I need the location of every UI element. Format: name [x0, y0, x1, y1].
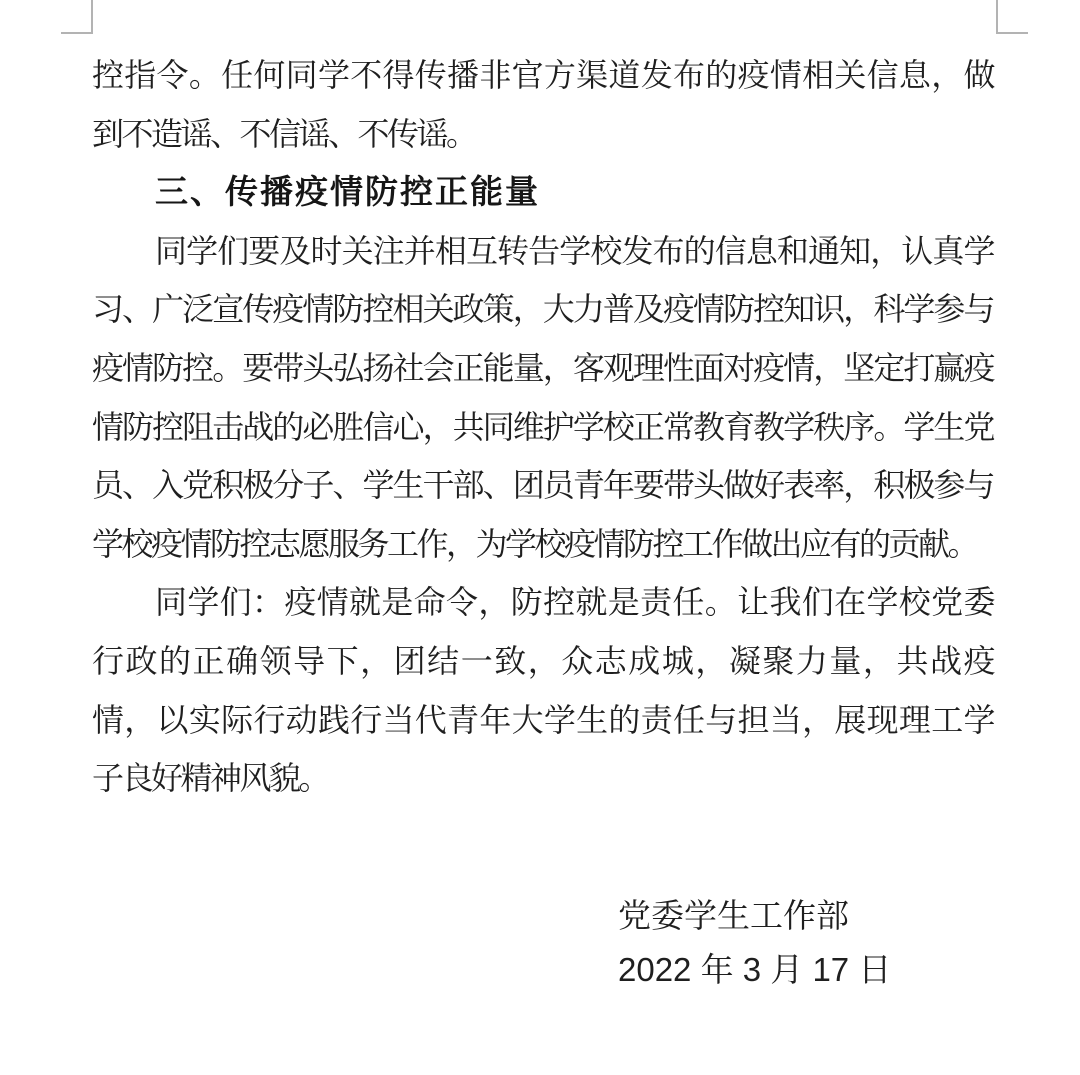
continuation-paragraph: 控指令。任何同学不得传播非官方渠道发布的疫情相关信息，做到不造谣、不信谣、不传谣… [92, 46, 993, 163]
paragraph-1-line: 习、广泛宣传疫情防控相关政策，大力普及疫情防控知识，科学参与 [92, 280, 993, 339]
paragraph-1-line: 员、入党积极分子、学生干部、团员青年要带头做好表率，积极参与 [92, 456, 993, 515]
paragraph-2-line: 情，以实际行动践行当代青年大学生的责任与担当，展现理工学 [92, 691, 993, 750]
document-body: 控指令。任何同学不得传播非官方渠道发布的疫情相关信息，做到不造谣、不信谣、不传谣… [92, 46, 993, 997]
paragraph-2: 同学们：疫情就是命令，防控就是责任。让我们在学校党委行政的正确领导下，团结一致，… [92, 573, 993, 807]
text-boundary-corner-top-left [61, 0, 93, 34]
signature-date: 2022 年 3 月 17 日 [618, 943, 993, 997]
paragraph-1-line: 疫情防控。要带头弘扬社会正能量，客观理性面对疫情，坚定打赢疫 [92, 339, 993, 398]
section-heading: 三、传播疫情防控正能量 [92, 163, 993, 222]
signature-department: 党委学生工作部 [618, 889, 993, 943]
document-page: 控指令。任何同学不得传播非官方渠道发布的疫情相关信息，做到不造谣、不信谣、不传谣… [0, 0, 1080, 1075]
paragraph-1-line: 同学们要及时关注并相互转告学校发布的信息和通知，认真学 [92, 222, 993, 281]
paragraph-1-line: 情防控阻击战的必胜信心，共同维护学校正常教育教学秩序。学生党 [92, 398, 993, 457]
paragraph-1-line: 学校疫情防控志愿服务工作，为学校疫情防控工作做出应有的贡献。 [92, 515, 993, 574]
paragraph-1: 同学们要及时关注并相互转告学校发布的信息和通知，认真学习、广泛宣传疫情防控相关政… [92, 222, 993, 574]
paragraph-2-line: 同学们：疫情就是命令，防控就是责任。让我们在学校党委 [92, 573, 993, 632]
text-boundary-corner-top-right [996, 0, 1028, 34]
paragraph-2-line: 行政的正确领导下，团结一致，众志成城，凝聚力量，共战疫 [92, 632, 993, 691]
continuation-paragraph-line: 到不造谣、不信谣、不传谣。 [92, 105, 993, 164]
paragraph-2-line: 子良好精神风貌。 [92, 749, 993, 808]
continuation-paragraph-line: 控指令。任何同学不得传播非官方渠道发布的疫情相关信息，做 [92, 46, 993, 105]
signature-block: 党委学生工作部 2022 年 3 月 17 日 [92, 889, 993, 997]
section-heading-line: 三、传播疫情防控正能量 [92, 163, 993, 222]
